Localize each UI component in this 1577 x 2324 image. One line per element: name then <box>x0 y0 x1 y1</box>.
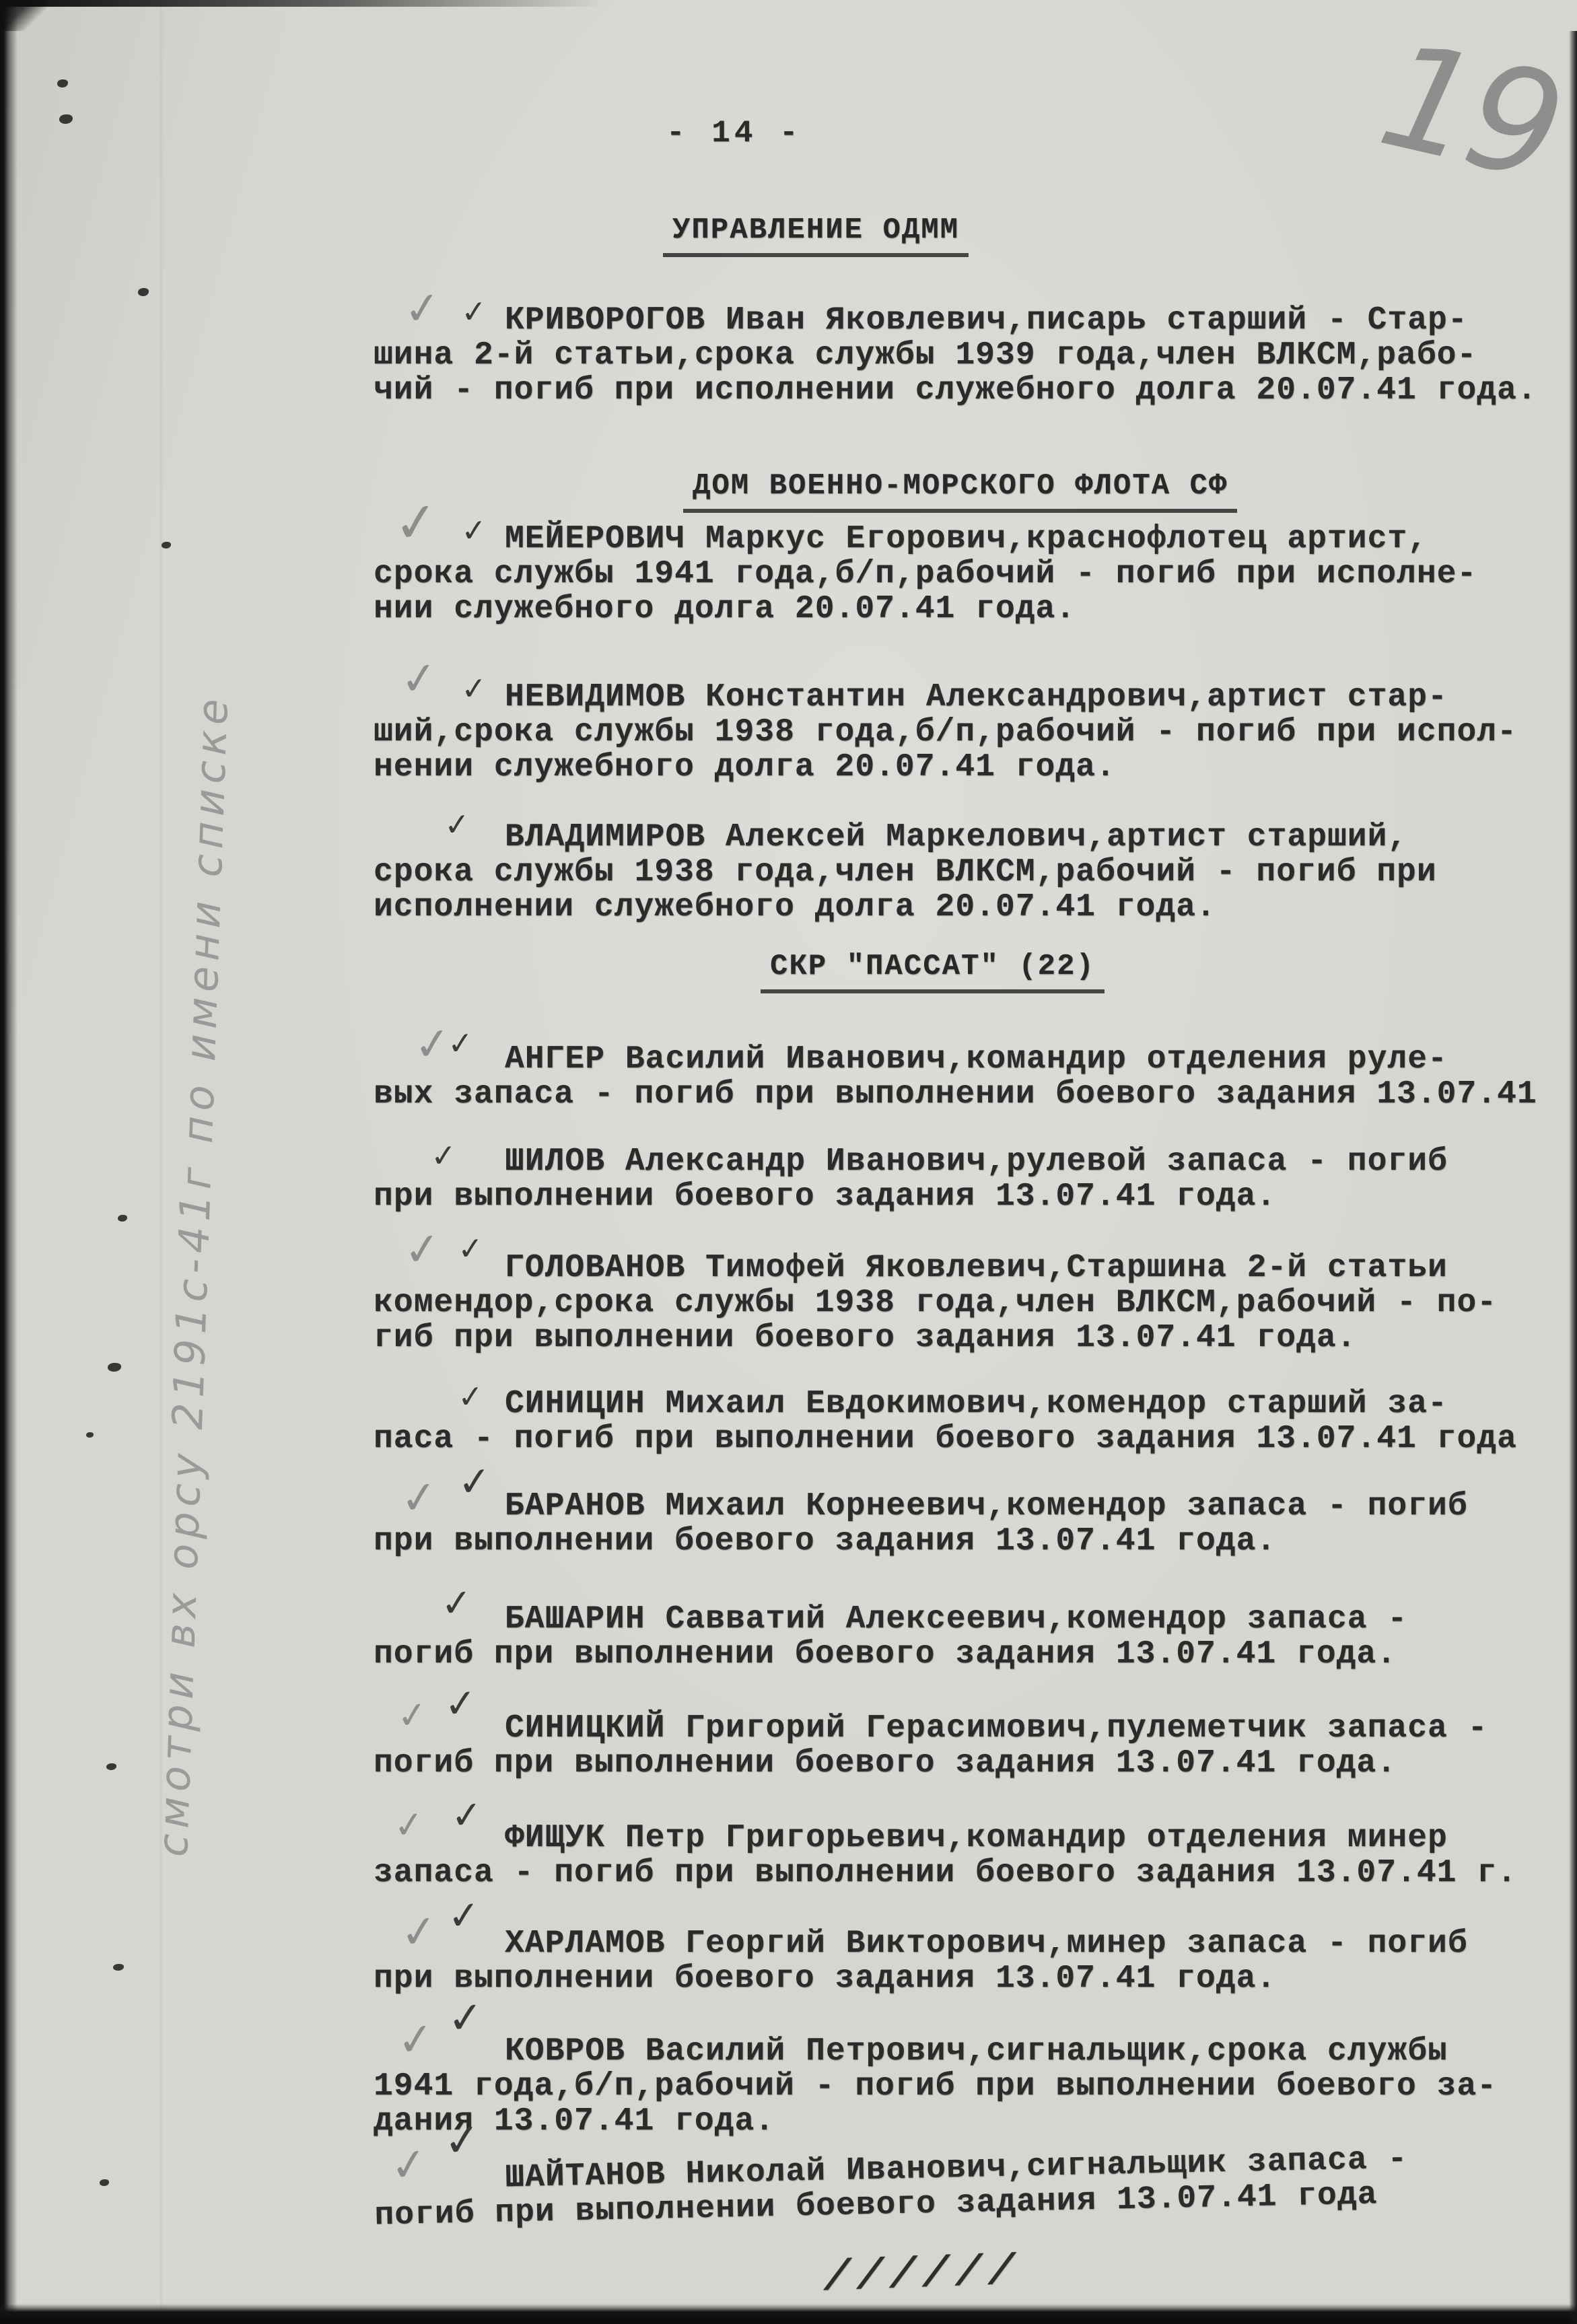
paper-speck <box>162 542 171 549</box>
entry-text: ФИЩУК Петр Григорьевич,командир отделени… <box>374 1821 1577 1891</box>
entry-text: БАШАРИН Савватий Алексеевич,комендор зап… <box>374 1602 1577 1672</box>
handwritten-page-number: 19 <box>1366 9 1573 213</box>
paper-speck <box>138 288 149 296</box>
paper-speck <box>86 1432 94 1438</box>
entry-text: МЕЙЕРОВИЧ Маркус Егорович,краснофлотец а… <box>374 522 1577 627</box>
casualty-entry-shaytanov: ✓ ✓ ШАЙТАНОВ Николай Иванович,сигнальщик… <box>0 2138 1576 2171</box>
section-title-upravlenie-odmm: УПРАВЛЕНИЕ ОДММ <box>663 214 969 257</box>
entry-text: СИНИЦКИЙ Григорий Герасимович,пулеметчик… <box>374 1711 1577 1781</box>
handwritten-margin-note: смотри вх орсу 2191с-41г по имени списке <box>148 497 276 1859</box>
entry-text: ХАРЛАМОВ Георгий Викторович,минер запаса… <box>374 1926 1577 1996</box>
entry-text: ШАЙТАНОВ Николай Иванович,сигнальщик зап… <box>374 2138 1577 2233</box>
section-title-dom-vmf-sf: ДОМ ВОЕННО-МОРСКОГО ФЛОТА СФ <box>683 470 1237 513</box>
paper-speck <box>118 1215 127 1222</box>
entry-text: ШИЛОВ Александр Иванович,рулевой запаса … <box>374 1144 1577 1214</box>
entry-text: ВЛАДИМИРОВ Алексей Маркелович,артист ста… <box>374 820 1577 925</box>
scan-edge-left <box>0 0 17 2324</box>
entry-text: СИНИЦИН Михаил Евдокимович,комендор стар… <box>374 1386 1577 1456</box>
entry-text: КОВРОВ Василий Петрович,сигнальщик,срока… <box>374 2034 1577 2139</box>
paper-speck <box>106 1763 116 1770</box>
paper-fold-line <box>160 0 163 2324</box>
scan-edge-top <box>0 0 606 7</box>
entry-text: НЕВИДИМОВ Константин Александрович,артис… <box>374 680 1577 785</box>
scan-edge-bottom <box>0 2304 1577 2324</box>
paper-speck <box>57 79 68 87</box>
entry-text: ГОЛОВАНОВ Тимофей Яковлевич,Старшина 2-й… <box>374 1251 1577 1355</box>
entry-text: КРИВОРОГОВ Иван Яковлевич,писарь старший… <box>374 303 1577 408</box>
paper-speck <box>108 1363 121 1372</box>
paper-speck <box>100 2179 109 2186</box>
paper-speck <box>59 114 73 124</box>
ink-checkmark-icon: ✓ <box>442 2113 483 2168</box>
typed-slash-separator: ////// <box>818 2248 1026 2303</box>
section-title-skr-passat: СКР "ПАССАТ" (22) <box>761 950 1105 993</box>
paper-speck <box>113 1964 124 1971</box>
scanned-document-page: 19 смотри вх орсу 2191с-41г по имени спи… <box>0 0 1577 2324</box>
scan-corner-top-left <box>0 0 47 31</box>
page-number: - 14 - <box>666 116 802 151</box>
entry-text: БАРАНОВ Михаил Корнеевич,комендор запаса… <box>374 1489 1577 1559</box>
entry-text: АНГЕР Василий Иванович,командир отделени… <box>374 1042 1577 1112</box>
